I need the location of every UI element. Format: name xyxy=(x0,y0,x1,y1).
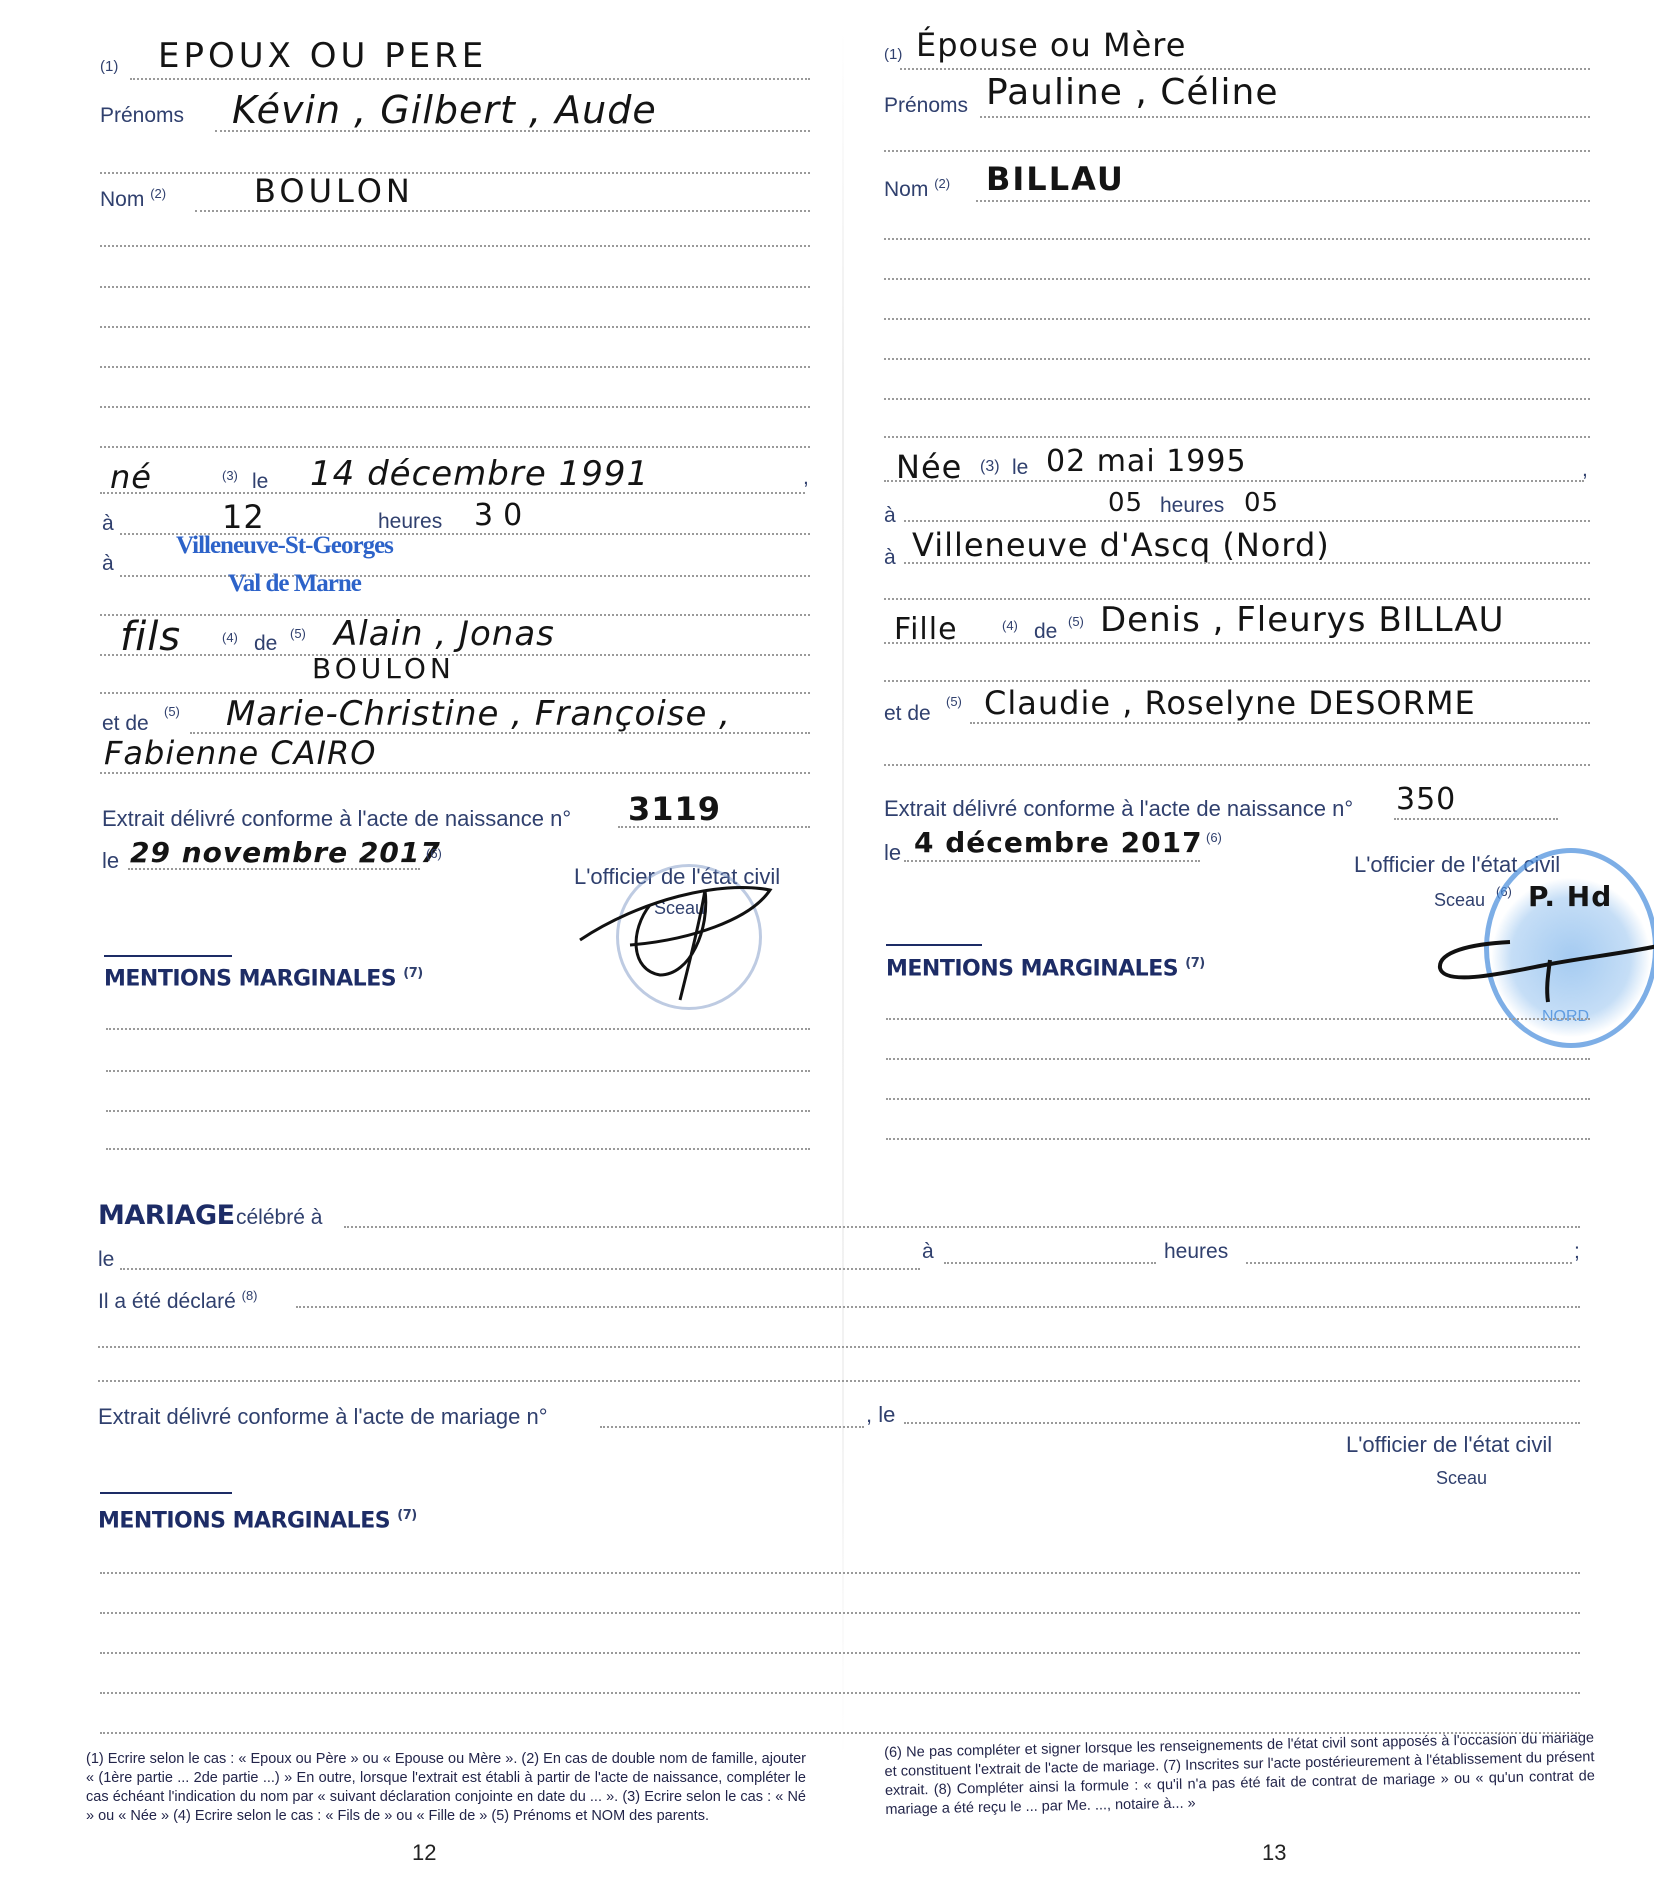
sceau-label: Sceau xyxy=(1434,890,1485,911)
mariage-acte-number-field[interactable] xyxy=(600,1426,864,1428)
ne-note: (3) xyxy=(222,468,238,483)
epouse-delivery-date: 4 décembre 2017 xyxy=(914,826,1203,859)
a-label: à xyxy=(922,1240,934,1264)
epoux-birth-place-stamp-line1: Villeneuve-St-Georges xyxy=(176,532,393,560)
delivery-note: (6) xyxy=(426,846,442,861)
epoux-father-name-line2: BOULON xyxy=(312,652,455,685)
mariage-officier-label: L'officier de l'état civil xyxy=(1346,1432,1552,1458)
epoux-birth-hour: 12 xyxy=(222,498,265,536)
filiation-note: (4) xyxy=(1002,618,1018,633)
prenoms-label: Prénoms xyxy=(100,104,184,128)
parent-note-2: (5) xyxy=(164,704,180,719)
officer-signature-icon xyxy=(570,850,790,1010)
epouse-acte-number: 350 xyxy=(1396,782,1456,817)
divider xyxy=(886,944,982,946)
a-label-2: à xyxy=(102,552,114,576)
epoux-delivery-date: 29 novembre 2017 xyxy=(130,836,441,869)
epouse-birth-date: 02 mai 1995 xyxy=(1046,444,1247,479)
delivery-le-label: le xyxy=(884,840,901,866)
epouse-nom-value: BILLAU xyxy=(986,160,1125,198)
le-label: le xyxy=(252,470,268,494)
et-de-label: et de xyxy=(102,712,149,736)
heures-label: heures xyxy=(1164,1240,1228,1264)
book-gutter xyxy=(842,30,844,1760)
heures-label: heures xyxy=(1160,494,1224,518)
declare-field[interactable] xyxy=(296,1306,1580,1308)
mariage-extrait-le-label: , le xyxy=(866,1402,895,1428)
officer-signature-icon xyxy=(1430,930,1654,1010)
page-number-left: 12 xyxy=(412,1840,436,1866)
epoux-birth-date: 14 décembre 1991 xyxy=(310,454,649,494)
de-label: de xyxy=(1034,620,1057,644)
epoux-father-name-line1: Alain , Jonas xyxy=(334,614,555,654)
nom-label: Nom (2) xyxy=(884,176,950,202)
footnotes-right: (6) Ne pas compléter et signer lorsque l… xyxy=(884,1729,1595,1820)
celebre-label: célébré à xyxy=(236,1206,322,1230)
role-note: (1) xyxy=(884,46,902,63)
mariage-heading: MARIAGE xyxy=(98,1200,235,1231)
mariage-extrait-label: Extrait délivré conforme à l'acte de mar… xyxy=(98,1404,548,1430)
minutes-field[interactable] xyxy=(1246,1262,1572,1264)
epouse-birth-place: Villeneuve d'Ascq (Nord) xyxy=(912,526,1330,564)
mariage-sceau-label: Sceau xyxy=(1436,1468,1487,1489)
delivery-note: (6) xyxy=(1206,830,1222,845)
a-label: à xyxy=(884,504,896,528)
epoux-role-value: EPOUX OU PERE xyxy=(158,36,487,76)
parent-note-2: (5) xyxy=(946,694,962,709)
mariage-date-field[interactable] xyxy=(904,1422,1580,1424)
role-note: (1) xyxy=(100,58,118,75)
date-field[interactable] xyxy=(120,1268,920,1270)
heures-label: heures xyxy=(378,510,442,534)
epouse-birth-minutes: 05 xyxy=(1244,488,1279,518)
parent-note: (5) xyxy=(1068,614,1084,629)
celebre-field[interactable] xyxy=(344,1226,1580,1228)
declare-label: Il a été déclaré (8) xyxy=(98,1288,258,1314)
signature-initials: P. Hd xyxy=(1528,880,1612,913)
epouse-prenoms-value: Pauline , Céline xyxy=(986,72,1279,113)
parent-note: (5) xyxy=(290,626,306,641)
a-label-2: à xyxy=(884,546,896,570)
mentions-heading: MENTIONS MARGINALES (7) xyxy=(104,966,423,991)
hour-field[interactable] xyxy=(944,1262,1156,1264)
epoux-prenoms-value: Kévin , Gilbert , Aude xyxy=(232,88,657,132)
epoux-nom-value: BOULON xyxy=(254,172,414,210)
epouse-mother-name: Claudie , Roselyne DESORME xyxy=(984,684,1476,722)
mentions-heading: MENTIONS MARGINALES (7) xyxy=(886,956,1205,981)
et-de-label: et de xyxy=(884,702,931,726)
a-label: à xyxy=(102,512,114,536)
epouse-father-name: Denis , Fleurys BILLAU xyxy=(1100,600,1504,640)
mariage-mentions-heading: MENTIONS MARGINALES (7) xyxy=(98,1508,417,1533)
epoux-mother-name-line1: Marie-Christine , Françoise , xyxy=(226,694,731,734)
filiation-note: (4) xyxy=(222,630,238,645)
divider xyxy=(104,955,232,957)
epoux-acte-number: 3119 xyxy=(628,790,721,828)
seal-bottom-text: NORD xyxy=(1542,1008,1589,1026)
de-label: de xyxy=(254,632,277,656)
epouse-role-value: Épouse ou Mère xyxy=(916,26,1186,64)
epoux-mother-name-line2: Fabienne CAIRO xyxy=(104,734,376,772)
le-label: le xyxy=(1012,456,1028,480)
page-number-right: 13 xyxy=(1262,1840,1286,1866)
prenoms-label: Prénoms xyxy=(884,94,968,118)
extrait-label: Extrait délivré conforme à l'acte de nai… xyxy=(884,796,1353,822)
epoux-birth-place-stamp-line2: Val de Marne xyxy=(228,570,361,598)
epoux-birth-minutes: 30 xyxy=(474,498,532,533)
ne-note: (3) xyxy=(980,458,1000,476)
le-label: le xyxy=(98,1248,114,1272)
epouse-birth-hour: 05 xyxy=(1108,488,1143,518)
extrait-label: Extrait délivré conforme à l'acte de nai… xyxy=(102,806,571,832)
divider xyxy=(100,1492,232,1494)
footnotes-left: (1) Ecrire selon le cas : « Epoux ou Pèr… xyxy=(86,1750,806,1826)
delivery-le-label: le xyxy=(102,848,119,874)
epoux-ne-value: né xyxy=(110,458,152,496)
nom-label: Nom (2) xyxy=(100,186,166,212)
